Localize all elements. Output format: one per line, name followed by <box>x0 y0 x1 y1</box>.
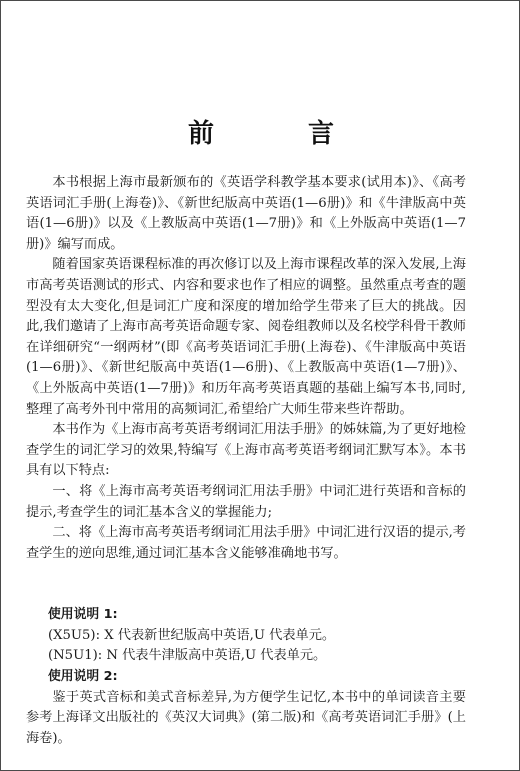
usage-note-2-paragraph: 鉴于英式音标和美式音标差异,为方便学生记忆,本书中的单词读音主要参考上海译文出版… <box>26 688 466 750</box>
usage-note-2-heading: 使用说明 2: <box>26 667 466 688</box>
document-page: 前 言 本书根据上海市最新颁布的《英语学科教学基本要求(试用本)》、《高考英语词… <box>0 0 520 771</box>
paragraph-feature-two: 二、将《上海市高考英语考纲词汇用法手册》中词汇进行汉语的提示,考查学生的逆向思维… <box>26 523 466 564</box>
paragraph-background: 随着国家英语课程标准的再次修订以及上海市课程改革的深入发展,上海市高考英语测试的… <box>26 255 466 420</box>
page-title: 前 言 <box>1 113 520 150</box>
paragraph-purpose: 本书作为《上海市高考英语考纲词汇用法手册》的姊妹篇,为了更好地检查学生的词汇学习… <box>26 420 466 482</box>
paragraph-feature-one: 一、将《上海市高考英语考纲词汇用法手册》中词汇进行英语和音标的提示,考查学生的词… <box>26 482 466 523</box>
preface-body: 本书根据上海市最新颁布的《英语学科教学基本要求(试用本)》、《高考英语词汇手册(… <box>26 173 466 749</box>
spacer <box>26 564 466 605</box>
usage-note-1-line: (N5U1): N 代表牛津版高中英语,U 代表单元。 <box>26 646 466 667</box>
paragraph-sources: 本书根据上海市最新颁布的《英语学科教学基本要求(试用本)》、《高考英语词汇手册(… <box>26 173 466 255</box>
usage-note-1-heading: 使用说明 1: <box>26 605 466 626</box>
usage-note-1-line: (X5U5): X 代表新世纪版高中英语,U 代表单元。 <box>26 626 466 647</box>
